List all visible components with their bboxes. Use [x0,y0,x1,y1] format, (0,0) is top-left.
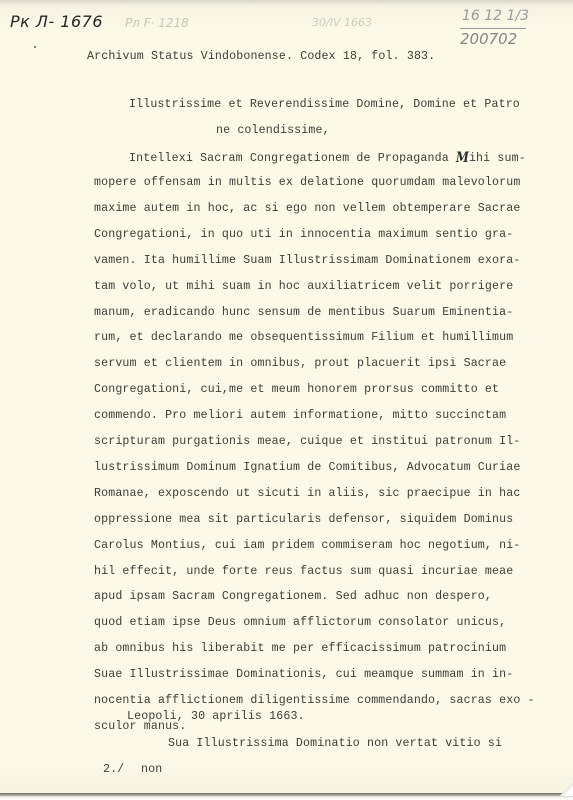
handwritten-initial-correction: M [456,149,469,166]
fraction-numerator: 16 12 1/3 [460,8,540,24]
body-line: oppressione mea sit particularis defenso… [94,513,513,527]
handwritten-reference-number: Pк Л- 1676 [10,12,103,31]
body-line: quod etiam ipse Deus omnium afflictorum … [94,616,506,630]
body-line: mopere offensam in multis ex delatione q… [94,176,520,190]
body-line: vamen. Ita humillime Suam Illustrissimam… [94,254,520,268]
body-line: rum, et declarando me obsequentissimum F… [94,331,513,345]
body-line: Carolus Montius, cui iam pridem commiser… [94,539,520,553]
body-line: maxime autem in hoc, ac si ego non velle… [94,202,520,216]
body-line: nocentia afflictionem diligentissime com… [94,694,535,708]
fraction-denominator: 200702 [460,30,540,48]
handwritten-faint-note: Pл F· 1218 [125,16,189,30]
body-line: Congregationi, cui,me et meum honorem pr… [94,383,499,397]
page-corner-curl [559,782,573,796]
body-line: tam volo, ut mihi suam in hoc auxiliatri… [94,280,513,294]
ink-dot [34,46,36,48]
body-line: ab omnibus his liberabit me per efficaci… [94,642,506,656]
archive-citation: Archivum Status Vindobonense. Codex 18, … [87,50,435,64]
body-first-line-end: ihi sum- [469,152,526,165]
salutation-line-1: Illustrissime et Reverendissime Domine, … [129,98,520,112]
handwritten-faint-date: 30/IV 1663 [312,16,372,29]
page-marker: 2./ [103,763,124,777]
body-line: Congregationi, in quo uti in innocentia … [94,228,513,242]
body-first-line: Intellexi Sacram Congregationem de Propa… [129,150,526,166]
page-shadow [0,0,573,6]
body-line: scripturam purgationis meae, cuique et i… [94,435,520,449]
body-line: servum et clientem in omnibus, prout pla… [94,357,506,371]
body-line: Romanae, exposcendo ut sicuti in aliis, … [94,487,520,501]
body-first-line-text: Intellexi Sacram Congregationem de Propa… [129,152,456,165]
handwritten-catalog-fraction: 16 12 1/3 200702 [460,8,540,48]
page-bottom-edge [0,793,573,800]
body-line: Suae Illustrissimae Dominationis, cui me… [94,668,513,682]
document-page: Pк Л- 1676 Pл F· 1218 30/IV 1663 16 12 1… [0,0,573,795]
body-line: lustrissimum Dominum Ignatium de Comitib… [94,461,520,475]
catchword: non [141,763,162,777]
fraction-bar [460,28,526,29]
salutation-line-2: ne colendissime, [216,124,330,138]
body-line: manum, eradicando hunc sensum de mentibu… [94,306,513,320]
postscript-line: Sua Illustrissima Dominatio non vertat v… [168,737,502,751]
place-and-date: Leopoli, 30 aprilis 1663. [127,710,305,724]
body-line: hil effecit, unde forte reus factus sum … [94,565,513,579]
body-line: apud ipsam Sacram Congregationem. Sed ad… [94,590,492,604]
body-line: commendo. Pro meliori autem informatione… [94,409,506,423]
